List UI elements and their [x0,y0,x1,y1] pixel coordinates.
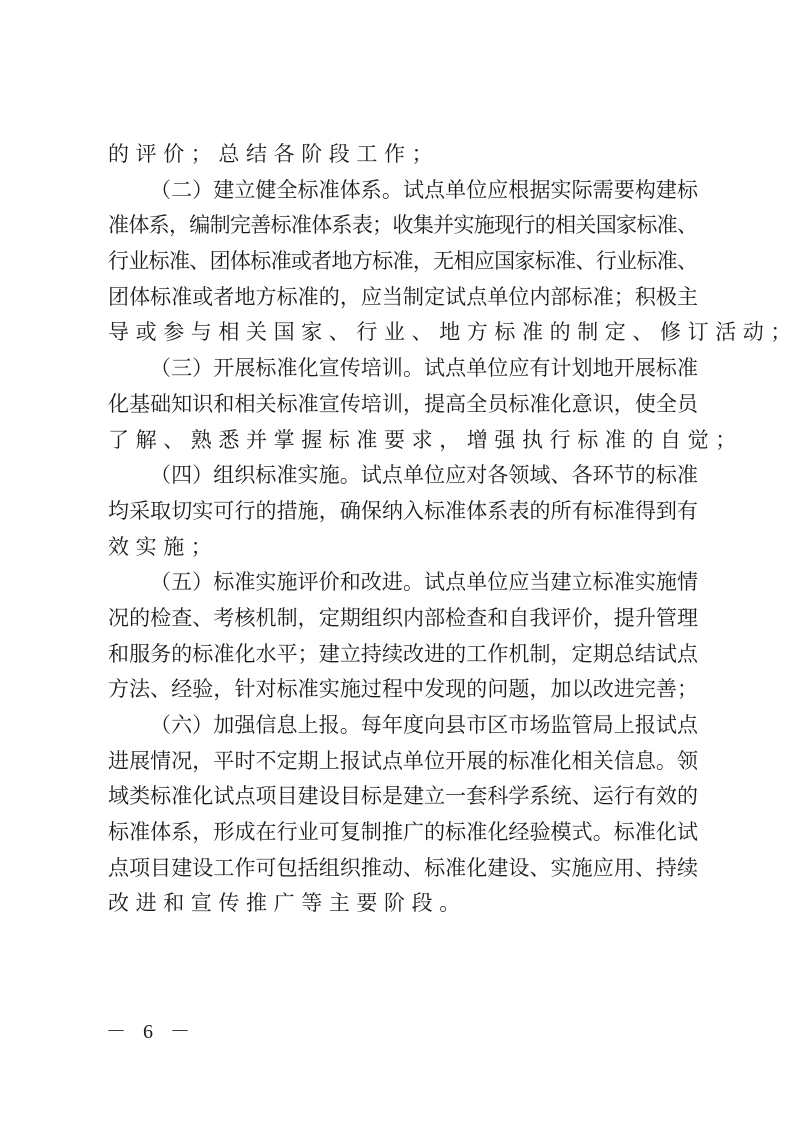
text-line: 效实施； [108,530,698,566]
text-line: 团体标准或者地方标准的，应当制定试点单位内部标准；积极主 [108,280,698,316]
text-line: 方法、经验，针对标准实施过程中发现的问题，加以改进完善； [108,672,698,708]
text-line: 点项目建设工作可包括组织推动、标准化建设、实施应用、持续 [108,851,698,887]
text-line: 域类标准化试点项目建设目标是建立一套科学系统、运行有效的 [108,779,698,815]
text-line: 标准体系，形成在行业可复制推广的标准化经验模式。标准化试 [108,815,698,851]
page-number: － 6 － [106,1015,196,1044]
document-page: 的评价；总结各阶段工作； （二）建立健全标准体系。试点单位应根据实际需要构建标 … [0,0,794,1122]
text-line: 行业标准、团体标准或者地方标准，无相应国家标准、行业标准、 [108,244,698,280]
section-heading-line: （五）标准实施评价和改进。试点单位应当建立标准实施情 [108,565,698,601]
text-line: 化基础知识和相关标准宣传培训，提高全员标准化意识，使全员 [108,387,698,423]
body-text: 的评价；总结各阶段工作； （二）建立健全标准体系。试点单位应根据实际需要构建标 … [108,137,698,922]
text-line: 了解、熟悉并掌握标准要求，增强执行标准的自觉； [108,423,698,459]
text-line: 准体系，编制完善标准体系表；收集并实施现行的相关国家标准、 [108,208,698,244]
text-line: 进展情况，平时不定期上报试点单位开展的标准化相关信息。领 [108,744,698,780]
text-line: 况的检查、考核机制，定期组织内部检查和自我评价，提升管理 [108,601,698,637]
text-line: 导或参与相关国家、行业、地方标准的制定、修订活动； [108,315,698,351]
text-line: 改进和宣传推广等主要阶段。 [108,886,698,922]
section-heading-line: （六）加强信息上报。每年度向县市区市场监管局上报试点 [108,708,698,744]
text-line: 的评价；总结各阶段工作； [108,137,698,173]
text-line: 和服务的标准化水平；建立持续改进的工作机制，定期总结试点 [108,637,698,673]
section-heading-line: （三）开展标准化宣传培训。试点单位应有计划地开展标准 [108,351,698,387]
text-line: 均采取切实可行的措施，确保纳入标准体系表的所有标准得到有 [108,494,698,530]
section-heading-line: （四）组织标准实施。试点单位应对各领域、各环节的标准 [108,458,698,494]
section-heading-line: （二）建立健全标准体系。试点单位应根据实际需要构建标 [108,173,698,209]
